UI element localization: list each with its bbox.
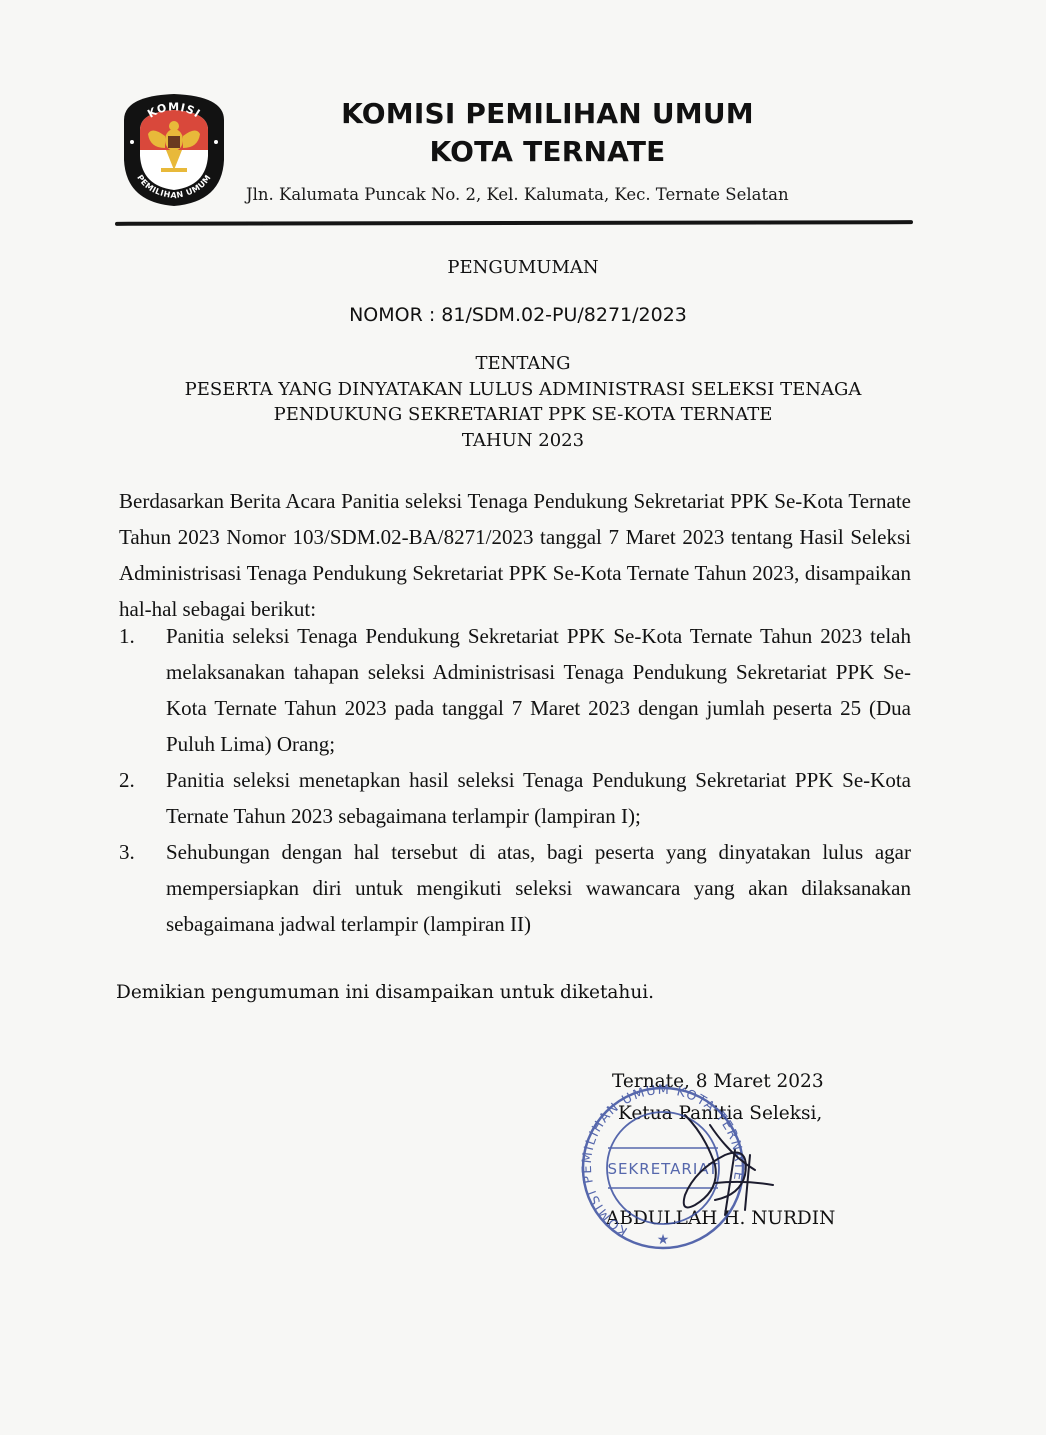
list-item-text: Sehubungan dengan hal tersebut di atas, …: [166, 834, 911, 942]
organization-name-line2: KOTA TERNATE: [255, 133, 840, 171]
document-type: PENGUMUMAN: [100, 257, 946, 278]
organization-name-line1: KOMISI PEMILIHAN UMUM: [255, 95, 840, 133]
list-item-text: Panitia seleksi menetapkan hasil seleksi…: [166, 762, 911, 834]
handwritten-signature-icon: [655, 1095, 775, 1225]
list-item-number: 2.: [119, 762, 159, 798]
kpu-logo-icon: KOMISI PEMILIHAN UMUM: [118, 90, 230, 208]
subject-line: PESERTA YANG DINYATAKAN LULUS ADMINISTRA…: [100, 377, 946, 403]
about-label: TENTANG: [100, 351, 946, 377]
document-subject: TENTANG PESERTA YANG DINYATAKAN LULUS AD…: [100, 351, 946, 453]
organization-address: Jln. Kalumata Puncak No. 2, Kel. Kalumat…: [246, 185, 789, 204]
list-item-text: Panitia seleksi Tenaga Pendukung Sekreta…: [166, 618, 911, 762]
subject-line: PENDUKUNG SEKRETARIAT PPK SE-KOTA TERNAT…: [100, 402, 946, 428]
svg-text:★: ★: [657, 1232, 670, 1248]
list-item: 2. Panitia seleksi menetapkan hasil sele…: [119, 762, 911, 834]
list-item-number: 3.: [119, 834, 159, 870]
list-item: 1. Panitia seleksi Tenaga Pendukung Sekr…: [119, 618, 911, 762]
document-number: NOMOR : 81/SDM.02-PU/8271/2023: [95, 304, 941, 326]
organization-name: KOMISI PEMILIHAN UMUM KOTA TERNATE: [255, 95, 840, 171]
document-page: KOMISI PEMILIHAN UMUM KOMISI PEMILIHAN U…: [0, 0, 1046, 1435]
letterhead-divider: [115, 220, 913, 226]
intro-paragraph: Berdasarkan Berita Acara Panitia seleksi…: [119, 483, 911, 627]
list-item: 3. Sehubungan dengan hal tersebut di ata…: [119, 834, 911, 942]
subject-line: TAHUN 2023: [100, 428, 946, 454]
list-item-number: 1.: [119, 618, 159, 654]
closing-statement: Demikian pengumuman ini disampaikan untu…: [116, 982, 654, 1003]
